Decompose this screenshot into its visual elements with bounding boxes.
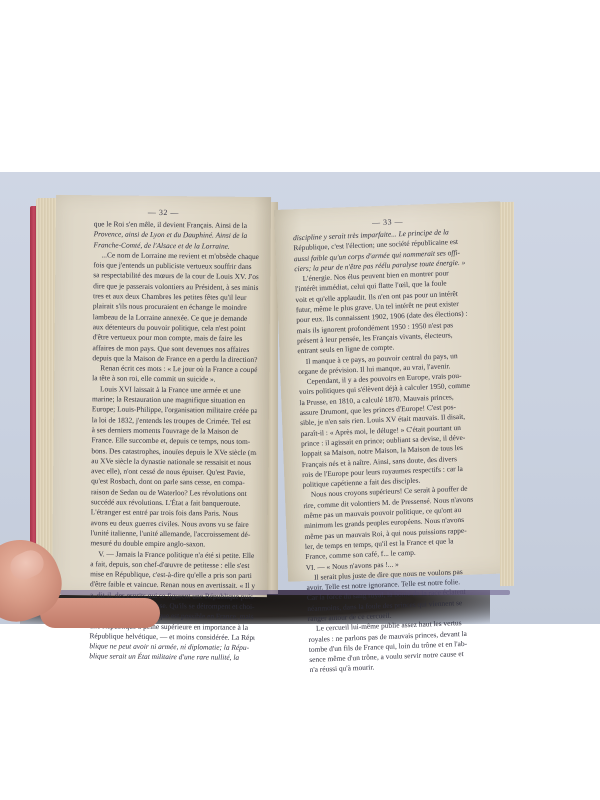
- text-line: blique serait un État militaire d'une ra…: [89, 652, 254, 664]
- page-number-left: — 32 —: [56, 207, 271, 218]
- left-page: — 32 — que le Roi s'en mêle, il devient …: [52, 195, 271, 597]
- right-page-stack: [500, 202, 514, 586]
- open-book: — 32 — que le Roi s'en mêle, il devient …: [30, 192, 530, 604]
- book-bottom-edge: [60, 590, 510, 595]
- right-page-text: discipline y serait très imparfaite... L…: [275, 225, 518, 676]
- right-page: — 33 — discipline y serait très imparfai…: [274, 201, 514, 581]
- finger: [40, 598, 160, 628]
